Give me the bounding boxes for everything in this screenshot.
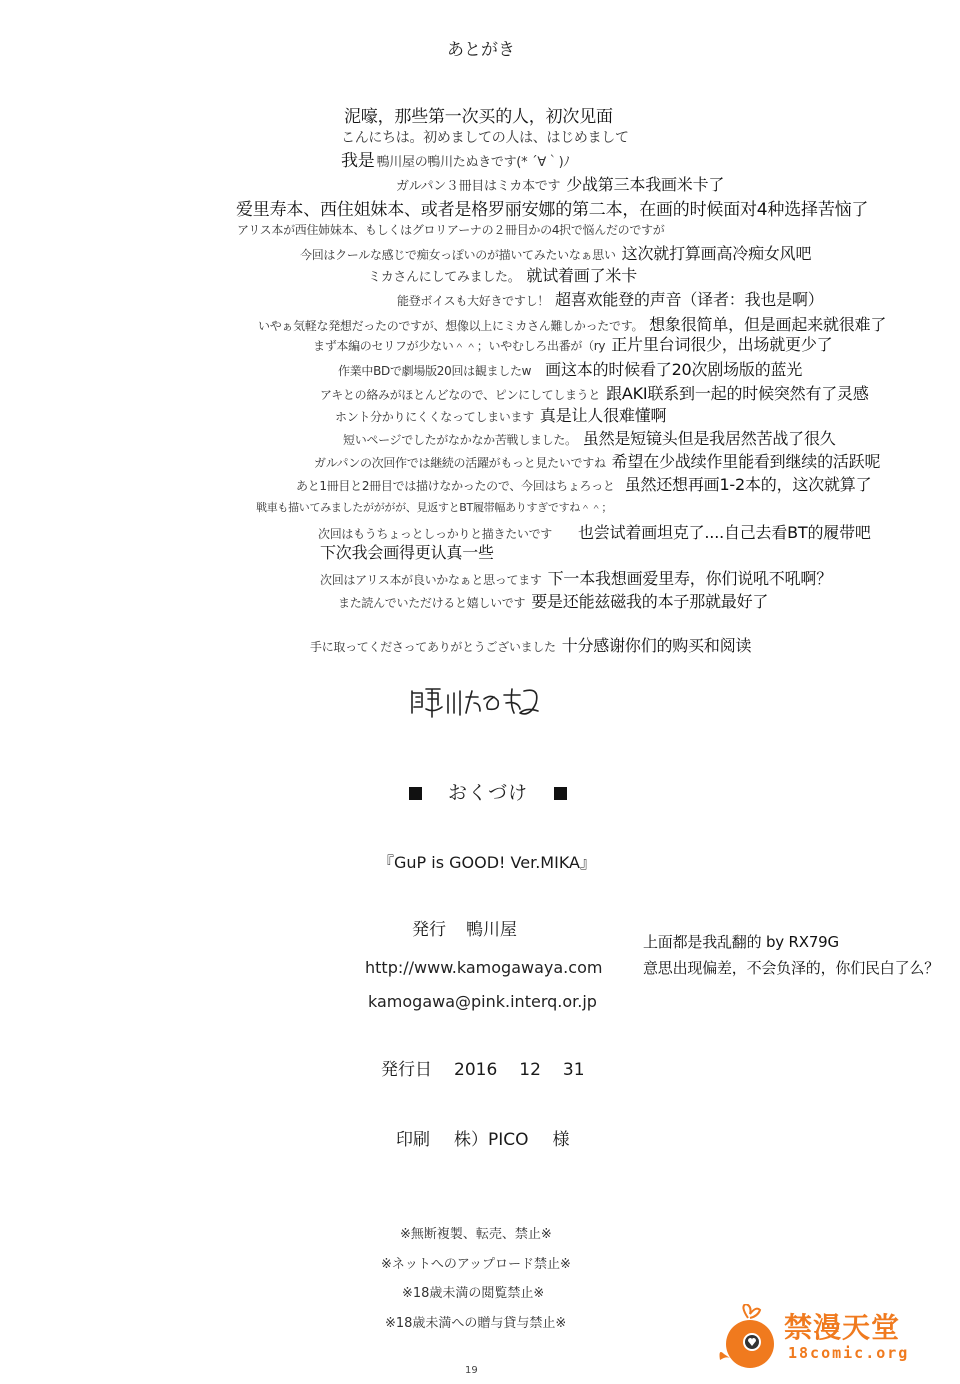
translator-note-line2: 意思出现偏差，不会负泽的，你们民白了么？	[643, 961, 939, 976]
afterword-line: 作業中BDで劇場版20回は観ましたw 画这本的时候看了20次剧场版的蓝光	[338, 362, 802, 378]
zh-text: 这次就打算画高冷痴女风吧	[622, 246, 812, 262]
afterword-line: 次回はもうちょっとしっかりと描きたいです 也尝试着画坦克了....自己去看BT的…	[318, 525, 871, 541]
notice-item: ※無断複製、転売、禁止※	[400, 1228, 552, 1241]
notice-item: ※ネットへのアップロード禁止※	[381, 1258, 571, 1271]
afterword-line: ガルパンの次回作では継続の活躍がもっと見たいですね 希望在少战续作里能看到继续的…	[314, 454, 880, 470]
ja-text: まず本編のセリフが少ない＾＾；いやむしろ出番が（ry	[313, 340, 605, 352]
ja-text: 作業中BDで劇場版20回は観ましたw	[338, 365, 531, 377]
publisher-name: 鴨川屋	[466, 922, 517, 939]
ja-text: アリス本が西住姉妹本、もしくはグロリアーナの２冊目かの4択で悩んだのですが	[237, 224, 664, 236]
date-month: 12	[519, 1062, 541, 1079]
ja-text: ミカさんにしてみました。	[368, 271, 520, 284]
ja-text: 次回はアリス本が良いかなぁと思ってます	[320, 574, 542, 586]
zh-text: 也尝试着画坦克了....自己去看BT的履带吧	[578, 525, 871, 541]
afterword-line: 今回はクールな感じで痴女っぽいのが描いてみたいなぁ思い 这次就打算画高冷痴女风吧	[300, 246, 811, 262]
afterword-line: 泥嚎，那些第一次买的人，初次见面	[344, 109, 613, 126]
ja-text: 鴨川屋の鴨川たぬきです(* ´∀｀)ﾉ	[377, 156, 570, 169]
ja-text: 今回はクールな感じで痴女っぽいのが描いてみたいなぁ思い	[300, 249, 616, 261]
zh-text: 泥嚎，那些第一次买的人，初次见面	[344, 109, 613, 126]
zh-text: 超喜欢能登的声音（译者：我也是啊）	[555, 292, 824, 308]
signature-icon	[408, 683, 548, 723]
page-number: 19	[465, 1366, 478, 1376]
publisher: 発行 鴨川屋	[412, 922, 517, 939]
ja-text: 戦車も描いてみましたがががが、見返すとBT履帯幅ありすぎですね＾＾；	[256, 502, 612, 513]
afterword-line: 下次我会画得更认真一些	[320, 545, 494, 561]
ja-text: いやぁ気軽な発想だったのですが、想像以上にミカさん難しかったです。	[258, 320, 643, 332]
publish-date: 発行日 2016 12 31	[381, 1062, 585, 1079]
zh-text: 想象很简单，但是画起来就很难了	[649, 317, 886, 333]
ja-text: こんにちは。初めましての人は、はじめまして	[341, 131, 629, 145]
afterword-line: 戦車も描いてみましたがががが、見返すとBT履帯幅ありすぎですね＾＾；	[256, 502, 612, 513]
afterword-line: こんにちは。初めましての人は、はじめまして	[341, 131, 629, 145]
zh-text: 下次我会画得更认真一些	[320, 545, 494, 561]
printer-suffix: 様	[553, 1132, 570, 1149]
afterword-line: ホント分かりにくくなってしまいます 真是让人很难懂啊	[335, 408, 666, 424]
book-title: 『GuP is GOOD! Ver.MIKA』	[378, 855, 596, 871]
ja-text: あと1冊目と2冊目では描けなかったので、今回はちょろっと	[296, 480, 615, 492]
ja-text: 能登ボイスも大好きですし！	[397, 295, 549, 307]
zh-text: 爱里寿本、西住姐妹本、或者是格罗丽安娜的第二本，在画的时候面对4种选择苦恼了	[236, 202, 868, 219]
page-title: あとがき	[447, 42, 515, 59]
watermark-title: 禁漫天堂	[784, 1306, 900, 1346]
notice-item: ※18歳未満への贈与貸与禁止※	[385, 1317, 566, 1330]
printer-label: 印刷	[396, 1132, 430, 1149]
notice-item: ※18歳未満の閲覧禁止※	[402, 1287, 544, 1300]
afterword-line: あと1冊目と2冊目では描けなかったので、今回はちょろっと 虽然还想再画1-2本的…	[296, 477, 871, 493]
watermark-logo: 禁漫天堂 18comic.org	[718, 1300, 918, 1380]
afterword-line: ミカさんにしてみました。 就试着画了米卡	[368, 268, 637, 284]
ja-text: ガルパン３冊目はミカ本です	[396, 180, 560, 193]
zh-text: 跟AKI联系到一起的时候突然有了灵感	[606, 386, 869, 402]
afterword-line: アキとの絡みがほとんどなので、ピンにしてしまうと 跟AKI联系到一起的时候突然有…	[320, 386, 869, 402]
zh-text: 少战第三本我画米卡了	[566, 177, 724, 193]
zh-text: 真是让人很难懂啊	[540, 408, 666, 424]
zh-text: 虽然还想再画1-2本的，这次就算了	[625, 477, 872, 493]
afterword-line: まず本編のセリフが少ない＾＾；いやむしろ出番が（ry 正片里台词很少，出场就更少…	[313, 337, 832, 353]
publisher-label: 発行	[412, 922, 446, 939]
publisher-url[interactable]: http://www.kamogawaya.com	[365, 960, 602, 976]
zh-text: 虽然是短镜头但是我居然苦战了很久	[583, 431, 836, 447]
zh-text: 下一本我想画爱里寿，你们说吼不吼啊？	[548, 571, 832, 587]
ja-text: ガルパンの次回作では継続の活躍がもっと見たいですね	[314, 457, 606, 469]
afterword-line: 爱里寿本、西住姐妹本、或者是格罗丽安娜的第二本，在画的时候面对4种选择苦恼了	[236, 202, 868, 219]
date-day: 31	[563, 1062, 585, 1079]
date-year: 2016	[454, 1062, 497, 1079]
zh-text: 要是还能兹磁我的本子那就最好了	[531, 594, 768, 610]
afterword-line: いやぁ気軽な発想だったのですが、想像以上にミカさん難しかったです。 想象很简单，…	[258, 317, 886, 333]
afterword-line: また読んでいただけると嬉しいです 要是还能兹磁我的本子那就最好了	[338, 594, 768, 610]
ja-text: 次回はもうちょっとしっかりと描きたいです	[318, 528, 552, 540]
afterword-line: 手に取ってくださってありがとうございました 十分感谢你们的购买和阅读	[310, 638, 751, 654]
date-label: 発行日	[381, 1062, 432, 1079]
ja-text: 短いページでしたがなかなか苦戦しました。	[343, 434, 577, 446]
watermark-subtitle: 18comic.org	[788, 1344, 909, 1362]
ja-text: アキとの絡みがほとんどなので、ピンにしてしまうと	[320, 389, 600, 401]
ja-text: 手に取ってくださってありがとうございました	[310, 641, 556, 653]
zh-text: 十分感谢你们的购买和阅读	[562, 638, 752, 654]
printer: 印刷 株）PICO 様	[396, 1132, 570, 1149]
colophon-heading-text: おくづけ	[448, 784, 528, 803]
zh-text: 画这本的时候看了20次剧场版的蓝光	[545, 362, 802, 378]
afterword-line: 能登ボイスも大好きですし！ 超喜欢能登的声音（译者：我也是啊）	[397, 292, 824, 308]
printer-name: 株）PICO	[454, 1132, 529, 1149]
zh-text: 希望在少战续作里能看到继续的活跃呢	[612, 454, 881, 470]
mascot-icon	[718, 1304, 780, 1370]
publisher-email[interactable]: kamogawa@pink.interq.or.jp	[368, 994, 597, 1010]
translator-note-line1: 上面都是我乱翻的 by RX79G	[643, 935, 839, 950]
afterword-line: 短いページでしたがなかなか苦戦しました。 虽然是短镜头但是我居然苦战了很久	[343, 431, 836, 447]
ja-text: ホント分かりにくくなってしまいます	[335, 411, 534, 423]
afterword-line: 我是 鴨川屋の鴨川たぬきです(* ´∀｀)ﾉ	[341, 153, 570, 170]
square-bullet-icon	[409, 787, 422, 800]
afterword-line: アリス本が西住姉妹本、もしくはグロリアーナの２冊目かの4択で悩んだのですが	[237, 224, 664, 236]
zh-text: 就试着画了米卡	[526, 268, 637, 284]
square-bullet-icon	[554, 787, 567, 800]
ja-text: また読んでいただけると嬉しいです	[338, 597, 525, 609]
zh-text: 正片里台词很少，出场就更少了	[611, 337, 832, 353]
colophon-heading: おくづけ	[409, 784, 567, 803]
afterword-line: ガルパン３冊目はミカ本です 少战第三本我画米卡了	[396, 177, 724, 193]
afterword-line: 次回はアリス本が良いかなぁと思ってます 下一本我想画爱里寿，你们说吼不吼啊？	[320, 571, 832, 587]
zh-text: 我是	[341, 153, 375, 170]
